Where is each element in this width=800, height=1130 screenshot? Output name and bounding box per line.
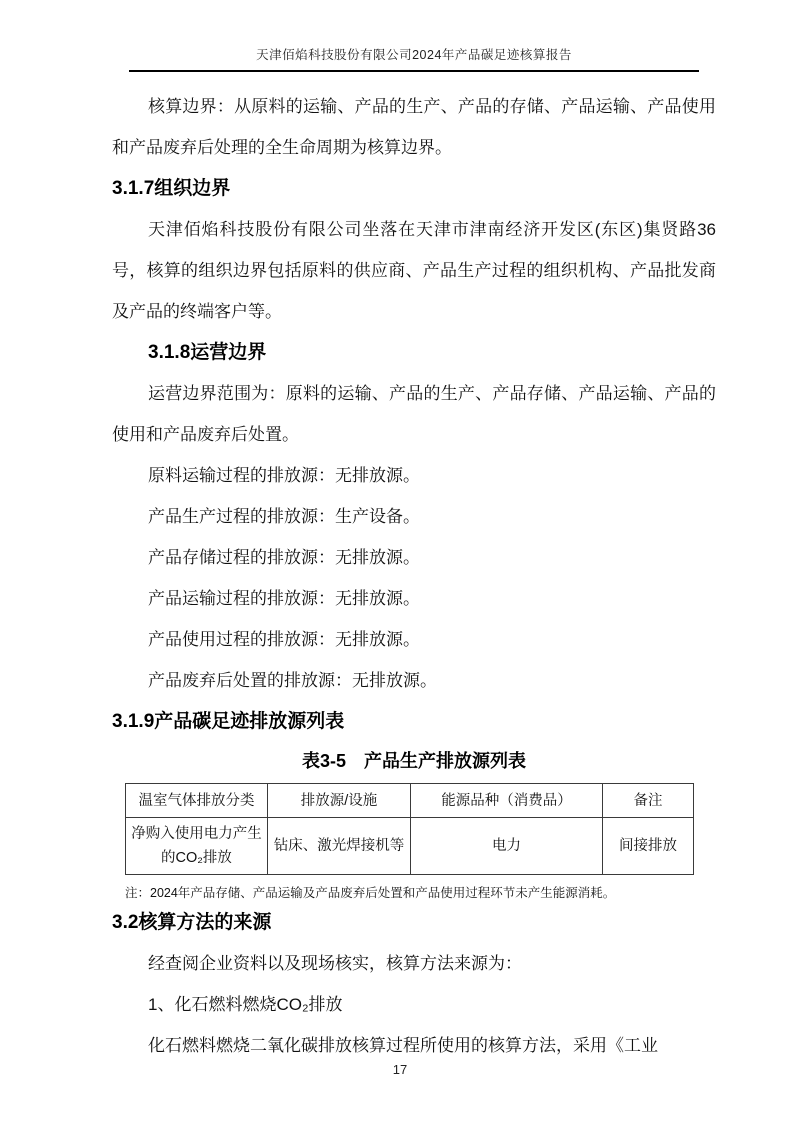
paragraph-fossil-method: 化石燃料燃烧二氧化碳排放核算过程所使用的核算方法，采用《工业: [112, 1025, 716, 1066]
paragraph-method-source: 经查阅企业资料以及现场核实，核算方法来源为：: [112, 943, 716, 984]
section-heading-3-2: 3.2核算方法的来源: [112, 902, 716, 943]
table-header-cell: 排放源/设施: [268, 784, 411, 818]
table-header-cell: 温室气体排放分类: [126, 784, 268, 818]
emission-source-line: 产品使用过程的排放源：无排放源。: [112, 619, 716, 660]
paragraph-organization-boundary: 天津佰焰科技股份有限公司坐落在天津市津南经济开发区(东区)集贤路36号，核算的组…: [112, 209, 716, 332]
page-number: 17: [0, 1062, 800, 1077]
emission-source-line: 产品生产过程的排放源：生产设备。: [112, 496, 716, 537]
paragraph-accounting-boundary: 核算边界：从原料的运输、产品的生产、产品的存储、产品运输、产品使用和产品废弃后处…: [112, 86, 716, 168]
section-heading-3-1-7: 3.1.7组织边界: [112, 168, 716, 209]
emission-source-line: 产品存储过程的排放源：无排放源。: [112, 537, 716, 578]
table-note: 注：2024年产品存储、产品运输及产品废弃后处置和产品使用过程环节未产生能源消耗…: [125, 884, 716, 902]
report-header: 天津佰焰科技股份有限公司2024年产品碳足迹核算报告: [129, 45, 699, 72]
paragraph-operation-boundary: 运营边界范围为：原料的运输、产品的生产、产品存储、产品运输、产品的使用和产品废弃…: [112, 373, 716, 455]
paragraph-fossil-item: 1、化石燃料燃烧CO₂排放: [112, 984, 716, 1025]
document-page: 天津佰焰科技股份有限公司2024年产品碳足迹核算报告 核算边界：从原料的运输、产…: [0, 0, 800, 1130]
table-cell-emission-source: 钻床、激光焊接机等: [268, 818, 411, 875]
emission-source-line: 产品废弃后处置的排放源：无排放源。: [112, 660, 716, 701]
table-header-cell: 备注: [603, 784, 694, 818]
document-body: 核算边界：从原料的运输、产品的生产、产品的存储、产品运输、产品使用和产品废弃后处…: [112, 86, 716, 1066]
section-heading-3-1-8: 3.1.8运营边界: [112, 332, 716, 373]
table-header-cell: 能源品种（消费品）: [411, 784, 603, 818]
table-cell-energy-type: 电力: [411, 818, 603, 875]
table-row: 净购入使用电力产生的CO₂排放 钻床、激光焊接机等 电力 间接排放: [126, 818, 694, 875]
emission-source-line: 原料运输过程的排放源：无排放源。: [112, 455, 716, 496]
emission-source-line: 产品运输过程的排放源：无排放源。: [112, 578, 716, 619]
report-header-title: 天津佰焰科技股份有限公司2024年产品碳足迹核算报告: [256, 48, 572, 62]
section-heading-3-1-9: 3.1.9产品碳足迹排放源列表: [112, 701, 716, 742]
table-cell-ghg-category: 净购入使用电力产生的CO₂排放: [126, 818, 268, 875]
emission-source-table: 温室气体排放分类 排放源/设施 能源品种（消费品） 备注 净购入使用电力产生的C…: [125, 783, 694, 875]
table-header-row: 温室气体排放分类 排放源/设施 能源品种（消费品） 备注: [126, 784, 694, 818]
table-cell-remark: 间接排放: [603, 818, 694, 875]
table-caption: 表3-5 产品生产排放源列表: [112, 742, 716, 780]
